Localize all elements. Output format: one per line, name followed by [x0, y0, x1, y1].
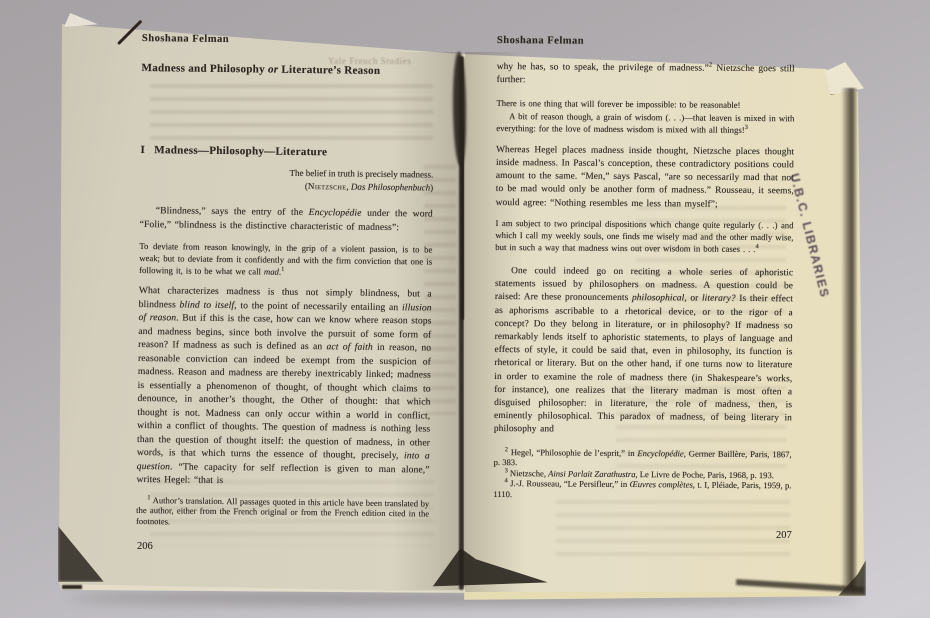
block-quote: I am subject to two principal dispositio… [495, 217, 793, 256]
toner-smudge-bottom-left-small [62, 585, 82, 589]
page-number-right: 207 [776, 530, 792, 541]
right-page-text-column: Shoshana Felman why he has, so to speak,… [493, 35, 795, 501]
page-number-left: 206 [137, 541, 153, 552]
footnote: 2 Hegel, “Philosophie de l’esprit,” in E… [494, 447, 792, 470]
photo-of-book-spread: Yale French Studies Shoshana Felman Madn… [0, 0, 930, 618]
section-heading: I Madness—Philosophy—Literature [140, 144, 433, 160]
epigraph: The belief in truth is precisely madness… [140, 165, 433, 194]
block-quote: To deviate from reason knowingly, in the… [139, 240, 432, 280]
article-title: Madness and Philosophy or Literature’s R… [141, 62, 434, 78]
page-edge-shadow-right [841, 88, 857, 588]
footnote: 1 Author’s translation. All passages quo… [136, 495, 429, 530]
paragraph: why he has, so to speak, the privilege o… [497, 61, 795, 90]
footnote: 4 J.-J. Rousseau, “Le Persifleur,” in Œu… [493, 478, 791, 501]
paragraph: Whereas Hegel places madness inside thou… [496, 144, 795, 212]
left-running-head: Shoshana Felman [142, 33, 435, 48]
top-left-page-corner [64, 13, 98, 27]
paragraph: One could indeed go on reciting a whole … [494, 265, 793, 439]
paragraph: “Blindness,” says the entry of the Encyc… [140, 204, 433, 235]
bleedthrough-text [556, 500, 790, 560]
block-quote: There is one thing that will forever be … [496, 97, 794, 136]
right-running-head: Shoshana Felman [497, 35, 795, 48]
toner-smudge-spine-top [453, 52, 466, 166]
left-page-text-column: Shoshana Felman Madness and Philosophy o… [136, 33, 435, 530]
paragraph: What characterizes madness is thus not s… [136, 284, 431, 490]
